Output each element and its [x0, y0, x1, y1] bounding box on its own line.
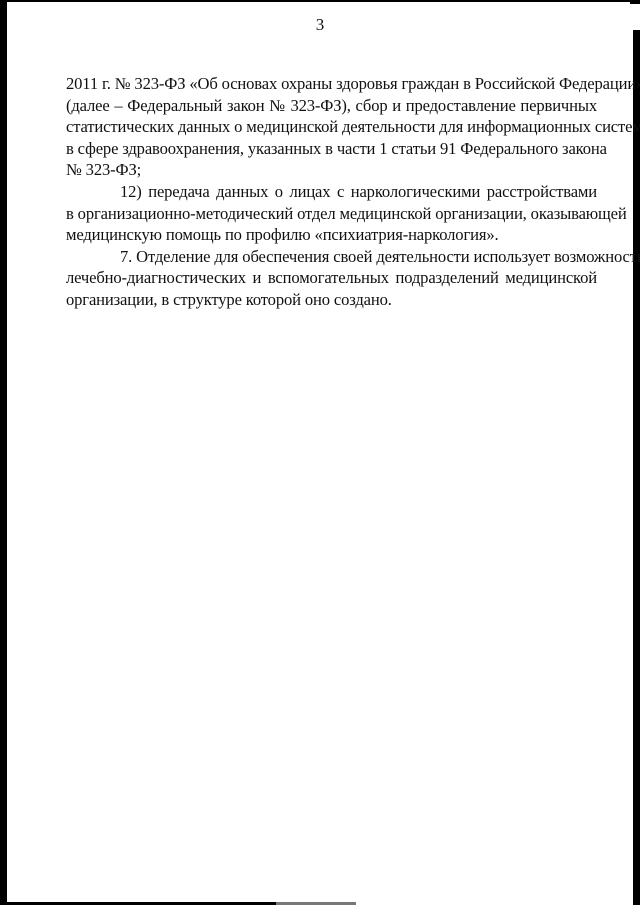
text-line: лечебно-диагностических и вспомогательны… — [66, 267, 597, 289]
text-line: организации, в структуре которой оно соз… — [66, 289, 597, 311]
text-line: № 323-ФЗ; — [66, 159, 597, 181]
text-line: в сфере здравоохранения, указанных в час… — [66, 138, 597, 160]
scan-edge-right-top — [630, 0, 640, 4]
document-body: 2011 г. № 323-ФЗ «Об основах охраны здор… — [66, 73, 597, 311]
scan-edge-left — [0, 0, 7, 905]
text-line: 2011 г. № 323-ФЗ «Об основах охраны здор… — [66, 73, 597, 95]
page-number: 3 — [0, 15, 640, 35]
text-line: в организационно-методический отдел меди… — [66, 203, 597, 225]
paragraph-item-7: 7. Отделение для обеспечения своей деяте… — [66, 246, 597, 311]
scan-edge-top — [0, 0, 640, 2]
text-line: 7. Отделение для обеспечения своей деяте… — [66, 246, 597, 268]
text-line: 12) передача данных о лицах с наркологич… — [66, 181, 597, 203]
text-line: статистических данных о медицинской деят… — [66, 116, 597, 138]
scan-edge-right — [633, 30, 640, 905]
text-line: (далее – Федеральный закон № 323-ФЗ), сб… — [66, 95, 597, 117]
paragraph-item-12: 12) передача данных о лицах с наркологич… — [66, 181, 597, 246]
paragraph-continuation: 2011 г. № 323-ФЗ «Об основах охраны здор… — [66, 73, 597, 181]
text-line: медицинскую помощь по профилю «психиатри… — [66, 224, 597, 246]
